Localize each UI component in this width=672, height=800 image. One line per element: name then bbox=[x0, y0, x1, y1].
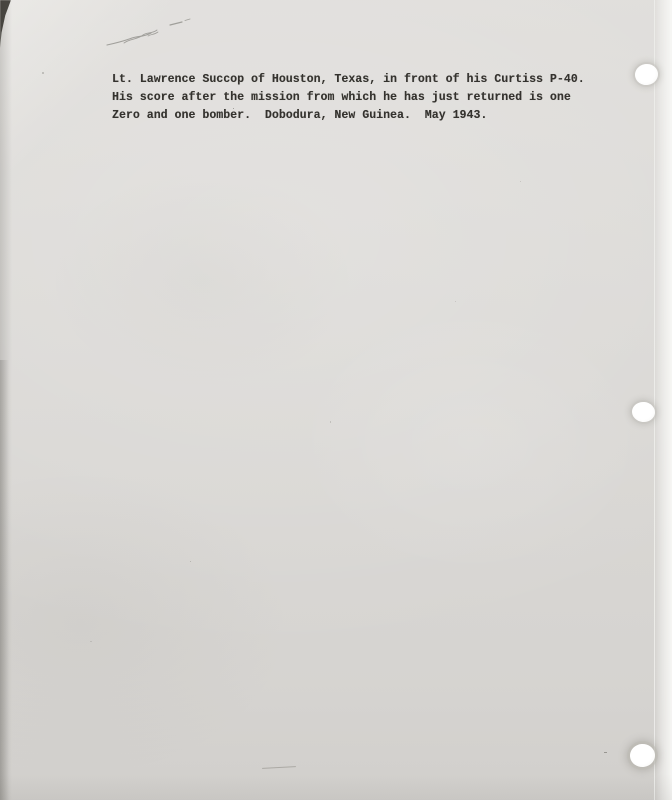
scanned-document-page: Lt. Lawrence Succop of Houston, Texas, i… bbox=[0, 0, 672, 800]
paper-speck bbox=[455, 301, 456, 302]
bottom-edge-shade bbox=[0, 774, 672, 800]
caption-line-3: Zero and one bomber. Dobodura, New Guine… bbox=[112, 107, 585, 125]
punch-hole-middle bbox=[631, 401, 656, 423]
paper-speck bbox=[90, 641, 92, 642]
caption-line-2: His score after the mission from which h… bbox=[112, 89, 585, 107]
faint-pencil-line bbox=[262, 766, 296, 769]
paper-speck bbox=[42, 72, 44, 74]
caption-line-1: Lt. Lawrence Succop of Houston, Texas, i… bbox=[112, 71, 585, 89]
paper-speck bbox=[190, 561, 191, 562]
scan-edge-strip bbox=[654, 0, 672, 800]
punch-hole-bottom bbox=[629, 743, 656, 768]
pencil-scribble bbox=[104, 13, 204, 51]
paper-speck bbox=[233, 108, 234, 109]
paper-speck bbox=[330, 421, 331, 423]
left-edge-shadow-lower bbox=[0, 360, 9, 800]
photo-caption: Lt. Lawrence Succop of Houston, Texas, i… bbox=[112, 71, 585, 126]
paper-speck bbox=[604, 752, 607, 753]
paper-speck bbox=[520, 181, 521, 182]
